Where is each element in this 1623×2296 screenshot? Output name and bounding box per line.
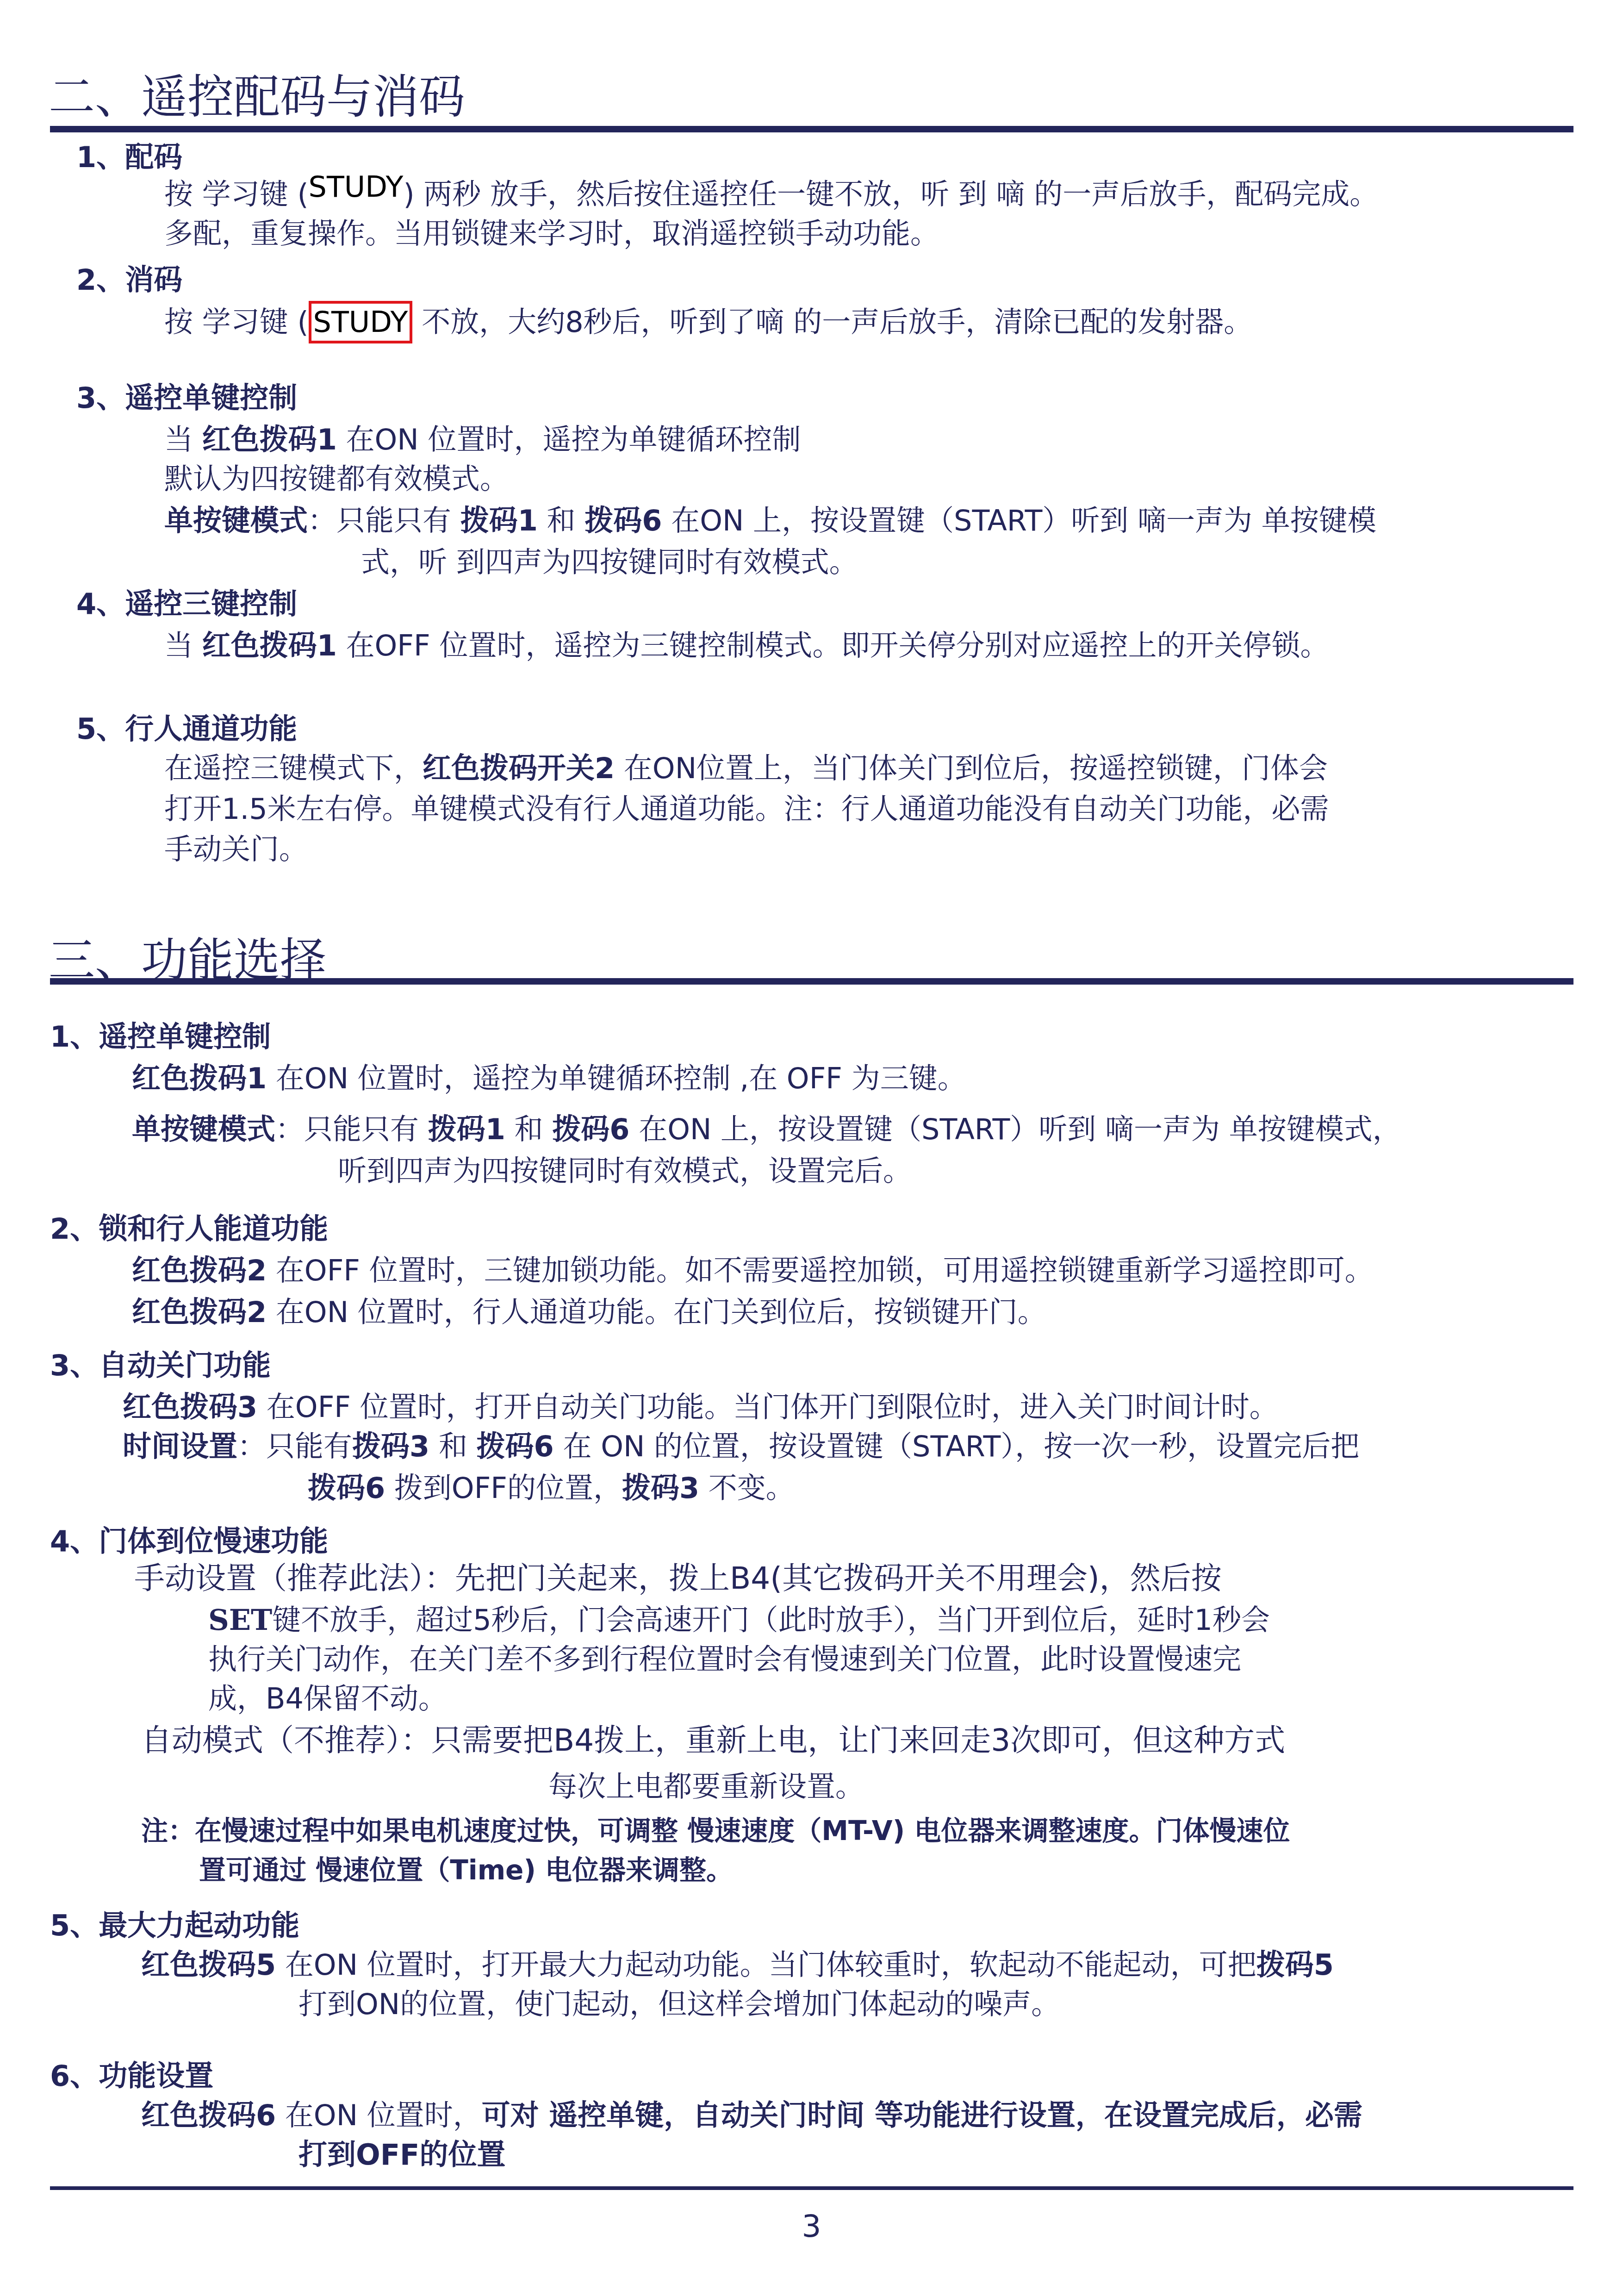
text-fragment: ：只能有	[237, 1429, 352, 1463]
subheading-clearing: 2、消码	[76, 262, 182, 299]
bold-term: 红色拨码3	[123, 1390, 257, 1424]
paragraph-line: 红色拨码2 在OFF 位置时，三键加锁功能。如不需要遥控加锁，可用遥控锁键重新学…	[132, 1252, 1374, 1289]
paragraph-line: 红色拨码2 在ON 位置时，行人通道功能。在门关到位后，按锁键开门。	[132, 1294, 1046, 1331]
section-title-remote-pairing: 二、遥控配码与消码	[49, 69, 465, 125]
text-fragment: 在ON位置上，当门体关门到位后，按遥控锁键，门体会	[615, 751, 1328, 785]
section-divider	[50, 978, 1573, 985]
bold-term: 可对 遥控单键，自动关门时间 等功能进行设置，在设置完成后，必需	[482, 2098, 1362, 2132]
paragraph-line: 红色拨码3 在OFF 位置时，打开自动关门功能。当门体开门到限位时，进入关门时间…	[123, 1389, 1278, 1426]
text-fragment: ) 两秒 放手，然后按住遥控任一键不放，听 到 嘀 的一声后放手，配码完成。	[403, 177, 1378, 211]
text-fragment: 在ON 位置时，	[276, 2098, 482, 2132]
paragraph-line: 式，听 到四声为四按键同时有效模式。	[361, 544, 858, 581]
bold-term: 拨码6	[308, 1471, 385, 1505]
bold-term: 红色拨码2	[132, 1295, 267, 1329]
bold-term: 红色拨码6	[141, 2098, 276, 2132]
text-fragment: 在OFF 位置时，打开自动关门功能。当门体开门到限位时，进入关门时间计时。	[257, 1390, 1278, 1424]
text-fragment: 不变。	[699, 1471, 795, 1505]
subheading-three-key: 4、遥控三键控制	[76, 586, 297, 623]
paragraph-line: 当 红色拨码1 在OFF 位置时，遥控为三键控制模式。即开关停分别对应遥控上的开…	[164, 627, 1329, 664]
text-fragment: 当	[164, 629, 202, 662]
note-line: 注：在慢速过程中如果电机速度过快，可调整 慢速速度（MT-V) 电位器来调整速度…	[141, 1812, 1290, 1849]
text-fragment: ：只能只有	[308, 504, 460, 537]
text-fragment: 在ON 上，按设置键（START）听到 嘀一声为 单按键模式，	[629, 1112, 1401, 1146]
study-key-highlight-box: STUDY	[309, 301, 413, 343]
subheading-lock-pedestrian: 2、锁和行人能道功能	[50, 1210, 328, 1248]
text-fragment: 在OFF 位置时，遥控为三键控制模式。即开关停分别对应遥控上的开关停锁。	[337, 629, 1329, 662]
bold-term: 拨码5	[1256, 1948, 1334, 1982]
bold-term: 红色拨码1	[132, 1061, 267, 1095]
subheading-slow-speed: 4、门体到位慢速功能	[50, 1523, 328, 1560]
paragraph-line: 听到四声为四按键同时有效模式，设置完后。	[338, 1153, 912, 1190]
section-divider	[50, 126, 1573, 132]
text-fragment: 不放，大约8秒后，听到了嘀 的一声后放手，清除已配的发射器。	[412, 305, 1252, 339]
bold-term: SET	[208, 1603, 272, 1637]
text-fragment: 和	[505, 1112, 552, 1146]
text-fragment: 在ON 位置时，打开最大力起动功能。当门体较重时，软起动不能起动，可把	[276, 1948, 1256, 1982]
paragraph-line: 手动关门。	[164, 831, 308, 868]
paragraph-line: 单按键模式：只能只有 拨码1 和 拨码6 在ON 上，按设置键（START）听到…	[132, 1111, 1401, 1148]
subheading-pairing: 1、配码	[76, 139, 182, 176]
text-fragment: 在ON 位置时，遥控为单键循环控制	[337, 423, 801, 456]
bold-term: 拨码1	[460, 504, 538, 537]
paragraph-line: 默认为四按键都有效模式。	[164, 461, 509, 498]
subheading-auto-close: 3、自动关门功能	[50, 1347, 271, 1384]
text-fragment: ：只能只有	[275, 1112, 428, 1146]
bold-term: 时间设置	[123, 1429, 237, 1463]
bold-term: 拨码1	[428, 1112, 505, 1146]
text-fragment: 在 ON 的位置，按设置键（START），按一次一秒，设置完后把	[554, 1429, 1360, 1463]
bold-term: 拨码6	[477, 1429, 554, 1463]
bold-term: 单按键模式	[132, 1112, 275, 1146]
paragraph-line: 按 学习键 (STUDY 不放，大约8秒后，听到了嘀 的一声后放手，清除已配的发…	[164, 301, 1252, 343]
paragraph-line: 执行关门动作，在关门差不多到行程位置时会有慢速到关门位置，此时设置慢速完	[208, 1641, 1241, 1678]
paragraph-line: 红色拨码1 在ON 位置时，遥控为单键循环控制 ,在 OFF 为三键。	[132, 1060, 966, 1097]
text-fragment: 当	[164, 423, 202, 456]
paragraph-line: 红色拨码6 在ON 位置时，可对 遥控单键，自动关门时间 等功能进行设置，在设置…	[141, 2097, 1362, 2134]
bold-term: 拨码3	[352, 1429, 429, 1463]
paragraph-line: 单按键模式：只能只有 拨码1 和 拨码6 在ON 上，按设置键（START）听到…	[164, 502, 1376, 539]
note-line: 置可通过 慢速位置（Time) 电位器来调整。	[199, 1852, 733, 1889]
text-fragment: 键不放手，超过5秒后，门会高速开门（此时放手），当门开到位后，延时1秒会	[272, 1603, 1270, 1637]
subheading-max-force: 5、最大力起动功能	[50, 1907, 299, 1944]
bold-term: 拨码3	[622, 1471, 699, 1505]
bold-term: 拨码6	[585, 504, 662, 537]
text-fragment: 在遥控三键模式下，	[164, 751, 423, 785]
paragraph-line: 在遥控三键模式下，红色拨码开关2 在ON位置上，当门体关门到位后，按遥控锁键，门…	[164, 750, 1328, 787]
paragraph-line: 当 红色拨码1 在ON 位置时，遥控为单键循环控制	[164, 421, 801, 458]
subheading-single-key: 1、遥控单键控制	[50, 1018, 271, 1055]
bold-term: 红色拨码1	[202, 629, 337, 662]
text-fragment: 拨到OFF的位置，	[385, 1471, 622, 1505]
paragraph-line: 成，B4保留不动。	[208, 1680, 447, 1717]
subheading-single-key: 3、遥控单键控制	[76, 380, 297, 417]
paragraph-line: 打到OFF的位置	[298, 2136, 505, 2173]
paragraph-line: 打到ON的位置，使门起动，但这样会增加门体起动的噪声。	[298, 1986, 1060, 2023]
text-fragment: 在ON 位置时，遥控为单键循环控制 ,在 OFF 为三键。	[267, 1061, 966, 1095]
paragraph-line: 红色拨码5 在ON 位置时，打开最大力起动功能。当门体较重时，软起动不能起动，可…	[141, 1947, 1334, 1984]
text-fragment: 按 学习键 (	[164, 305, 309, 339]
page-number: 3	[0, 2208, 1623, 2245]
footer-divider	[50, 2186, 1573, 2190]
bold-term: 单按键模式	[164, 504, 308, 537]
paragraph-line: 打开1.5米左右停。单键模式没有行人通道功能。注：行人通道功能没有自动关门功能，…	[164, 791, 1329, 828]
paragraph-line: 手动设置（推荐此法）：先把门关起来，拨上B4(其它拨码开关不用理会)，然后按	[134, 1560, 1222, 1597]
bold-term: 红色拨码2	[132, 1254, 267, 1287]
paragraph-line: 按 学习键 (STUDY) 两秒 放手，然后按住遥控任一键不放，听 到 嘀 的一…	[164, 176, 1378, 213]
text-fragment: 和	[538, 504, 585, 537]
paragraph-line: 时间设置：只能有拨码3 和 拨码6 在 ON 的位置，按设置键（START），按…	[123, 1428, 1359, 1465]
paragraph-line: 拨码6 拨到OFF的位置，拨码3 不变。	[308, 1470, 795, 1507]
text-fragment: 在ON 上，按设置键（START）听到 嘀一声为 单按键模	[662, 504, 1376, 537]
bold-term: 红色拨码1	[202, 423, 337, 456]
paragraph-line: 每次上电都要重新设置。	[548, 1768, 864, 1805]
bold-term: 红色拨码5	[141, 1948, 276, 1982]
paragraph-line: 多配，重复操作。当用锁键来学习时，取消遥控锁手动功能。	[164, 215, 939, 252]
study-key-label: STUDY	[309, 170, 404, 204]
paragraph-line: SET键不放手，超过5秒后，门会高速开门（此时放手），当门开到位后，延时1秒会	[208, 1602, 1270, 1639]
text-fragment: 在ON 位置时，行人通道功能。在门关到位后，按锁键开门。	[267, 1295, 1046, 1329]
text-fragment: 和	[429, 1429, 476, 1463]
subheading-pedestrian: 5、行人通道功能	[76, 711, 297, 748]
bold-term: 拨码6	[552, 1112, 629, 1146]
text-fragment: 按 学习键 (	[164, 177, 309, 211]
text-fragment: 在OFF 位置时，三键加锁功能。如不需要遥控加锁，可用遥控锁键重新学习遥控即可。	[267, 1254, 1374, 1287]
subheading-function-setting: 6、功能设置	[50, 2058, 213, 2095]
bold-term: 红色拨码开关2	[423, 751, 615, 785]
paragraph-line: 自动模式（不推荐）：只需要把B4拨上，重新上电，让门来回走3次即可，但这种方式	[141, 1722, 1285, 1759]
